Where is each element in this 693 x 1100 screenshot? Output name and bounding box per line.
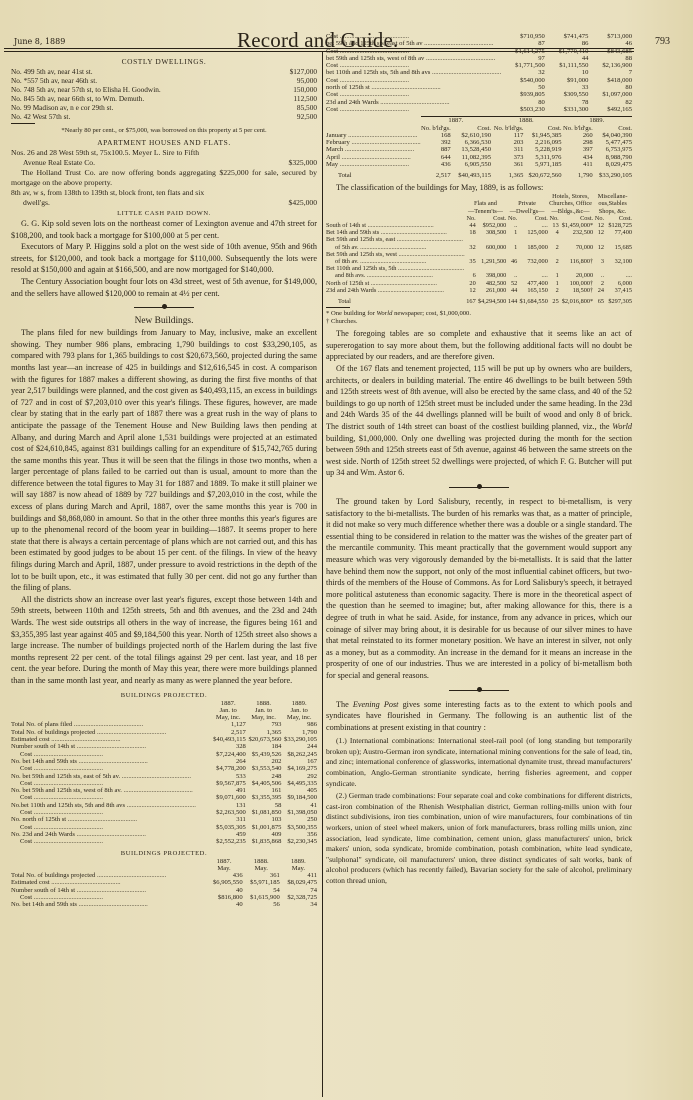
little-cash-heading: LITTLE CASH PAID DOWN. (11, 210, 317, 217)
table-row: North of 125th st ......................… (326, 280, 632, 287)
table-row: Cost ...................................… (11, 751, 317, 758)
table-row: north of 125th st ......................… (326, 84, 632, 91)
paragraph: The foregoing tables are so complete and… (326, 328, 632, 363)
table-row: Total No. of buildings projected .......… (11, 872, 317, 879)
table-row: Cost ...................................… (11, 794, 317, 801)
left-column: COSTLY DWELLINGS. No. 499 5th av, near 4… (11, 54, 317, 909)
table-row: Cost ...................................… (11, 809, 317, 816)
table-row: Cost ...................................… (11, 765, 317, 772)
separator-dot-icon (477, 687, 482, 692)
table-row: Bet 59th and 125th sts, west ...........… (326, 251, 632, 258)
list-item: No. 99 Madison av, n e cor 29th st.85,50… (11, 103, 317, 112)
page-number: 793 (655, 36, 670, 47)
separator-dot-icon (162, 304, 167, 309)
list-item: Avenue Real Estate Co.$325,000 (11, 158, 317, 168)
table-row: 23d and 24th Wards .....................… (326, 287, 632, 294)
table-row: of 8th av. .............................… (326, 258, 632, 265)
table-row: April ..................................… (326, 154, 632, 161)
table-row: of 5th av. .............................… (326, 244, 632, 251)
list-item: dwell'gs.$425,000 (11, 198, 317, 208)
table-row: February ...............................… (326, 139, 632, 146)
separator-dot-icon (477, 484, 482, 489)
table-row: Cost ...................................… (326, 106, 632, 113)
buildings-projected-table: 1887. 1888. 1889. Jan. to Jan. to Jan. t… (11, 700, 317, 846)
district-continuation-table: Cost ...................................… (326, 33, 632, 113)
issue-date: June 8, 1889 (14, 37, 65, 46)
paragraph: Of the 167 flats and tenement projected,… (326, 363, 632, 479)
table-row: January ................................… (326, 132, 632, 139)
column-divider (322, 52, 323, 1097)
table-total-row: Total 167 $4,294,500 144 $1,684,550 25 $… (326, 294, 632, 305)
table-row: bet 110th and 125th sts, 5th and 8th avs… (326, 69, 632, 76)
table-row: Number south of 14th st ................… (11, 743, 317, 750)
table-row: No. bet 59th and 125th sts, west of 8th … (11, 787, 317, 794)
apartment-houses-heading: APARTMENT HOUSES AND FLATS. (11, 138, 317, 147)
table-row: Cost ...................................… (326, 48, 632, 55)
list-item: 8th av, w s, from 138th to 139th st, blo… (11, 188, 317, 198)
table-row: Bet 59th and 125th sts, east ...........… (326, 236, 632, 243)
table-row: 23d and 24th Wards .....................… (326, 99, 632, 106)
table-row: Cost ...................................… (326, 33, 632, 40)
buildings-projected-may-table: 1887. 1888. 1889. May. May. May. Total N… (11, 858, 317, 909)
table-row: March ..................................… (326, 146, 632, 153)
table-row: Estimated cost .........................… (11, 736, 317, 743)
table-row: Cost ...................................… (326, 62, 632, 69)
list-item: Nos. 26 and 28 West 59th st, 75x100.5. M… (11, 148, 317, 158)
paragraph: The classification of the buildings for … (326, 182, 632, 194)
table-row: Total No. of buildings projected .......… (11, 729, 317, 736)
costly-dwellings-footnote: *Nearly 80 per cent., or $75,000, was bo… (11, 126, 317, 135)
table-row: bet 59th and 125th sts, east of 5th av .… (326, 40, 632, 47)
footnote-rule (11, 123, 35, 124)
classification-footnote-1: * One building for World newspaper; cost… (326, 310, 632, 318)
table-row: South of 14th st .......................… (326, 222, 632, 229)
list-item: No. 845 5th av, near 66th st, to Wm. Dem… (11, 94, 317, 103)
buildings-projected-heading: BUILDINGS PROJECTED. (11, 692, 317, 699)
table-row: Estimated cost .........................… (11, 879, 317, 886)
table-row: Cost ...................................… (326, 91, 632, 98)
paragraph: The Century Association bought four lots… (11, 276, 317, 299)
table-row: Cost ...................................… (11, 780, 317, 787)
list-paragraph: (1.) International combinations: Interna… (326, 736, 632, 789)
classification-footnote-2: † Churches. (326, 318, 632, 326)
newspaper-page: June 8, 1889 Record and Guide. 793 COSTL… (0, 0, 693, 1100)
new-buildings-heading: New Buildings. (11, 316, 317, 326)
table-row: No. bet 14th and 59th sts ..............… (11, 758, 317, 765)
section-separator (326, 687, 632, 693)
list-item: No. 42 West 57th st.92,500 (11, 112, 317, 121)
costly-dwellings-heading: COSTLY DWELLINGS. (11, 57, 317, 66)
footnote-rule (326, 307, 350, 308)
table-row: Cost ...................................… (11, 824, 317, 831)
list-paragraph: (2.) German trade combinations: Four sep… (326, 791, 632, 886)
paragraph: The Holland Trust Co. are now offering b… (11, 168, 317, 188)
list-item: No. 748 5th av, near 57th st, to Elisha … (11, 85, 317, 94)
table-row: No. bet 59th and 125th sts, east of 5th … (11, 773, 317, 780)
list-item: No. *557 5th av, near 46th st.95,000 (11, 76, 317, 85)
paragraph: All the districts show an increase over … (11, 594, 317, 687)
table-row: Cost ...................................… (11, 838, 317, 845)
table-row: and 8th avs. ...........................… (326, 272, 632, 279)
table-row: No. bet 14th and 59th sts ..............… (11, 901, 317, 908)
table-row: Total No. of plans filed ...............… (11, 721, 317, 728)
paragraph: The plans filed for new buildings from J… (11, 327, 317, 594)
list-item: No. 499 5th av, near 41st st.$127,000 (11, 67, 317, 76)
section-separator (326, 484, 632, 490)
classification-table: Hotels, Stores, Miscellane- Flats and Pr… (326, 193, 632, 305)
buildings-projected-may-heading: BUILDINGS PROJECTED. (11, 850, 317, 857)
paragraph: G. G. Kip sold seven lots on the northea… (11, 218, 317, 241)
table-row: Number south of 14th st ................… (11, 887, 317, 894)
paragraph: The Evening Post gives some interesting … (326, 699, 632, 734)
table-row: Cost ...................................… (11, 894, 317, 901)
table-row: No.bet 110th and 125th sts, 5th and 8th … (11, 802, 317, 809)
paragraph: Executors of Mary P. Higgins sold a plot… (11, 241, 317, 276)
paragraph: The ground taken by Lord Salisbury, rece… (326, 496, 632, 682)
table-total-row: Total 2,517 $40,493,115 1,365 $20,672,56… (326, 168, 632, 179)
table-row: bet 59th and 125th sts, west of 8th av .… (326, 55, 632, 62)
table-row: Bet 14th and 59th sts ..................… (326, 229, 632, 236)
costly-dwellings-list: No. 499 5th av, near 41st st.$127,000 No… (11, 67, 317, 121)
table-row: No. north of 125th st ..................… (11, 816, 317, 823)
table-row: Cost ...................................… (326, 77, 632, 84)
monthly-table: 1887. 1888. 1889. No. b'ld'gs. Cost. No.… (326, 116, 632, 179)
section-separator (11, 304, 317, 310)
table-row: May ....................................… (326, 161, 632, 168)
right-column: Cost ...................................… (326, 29, 632, 887)
table-row: No. 23d and 24th Wards .................… (11, 831, 317, 838)
table-row: Bet 110th and 125th sts, 5th ...........… (326, 265, 632, 272)
